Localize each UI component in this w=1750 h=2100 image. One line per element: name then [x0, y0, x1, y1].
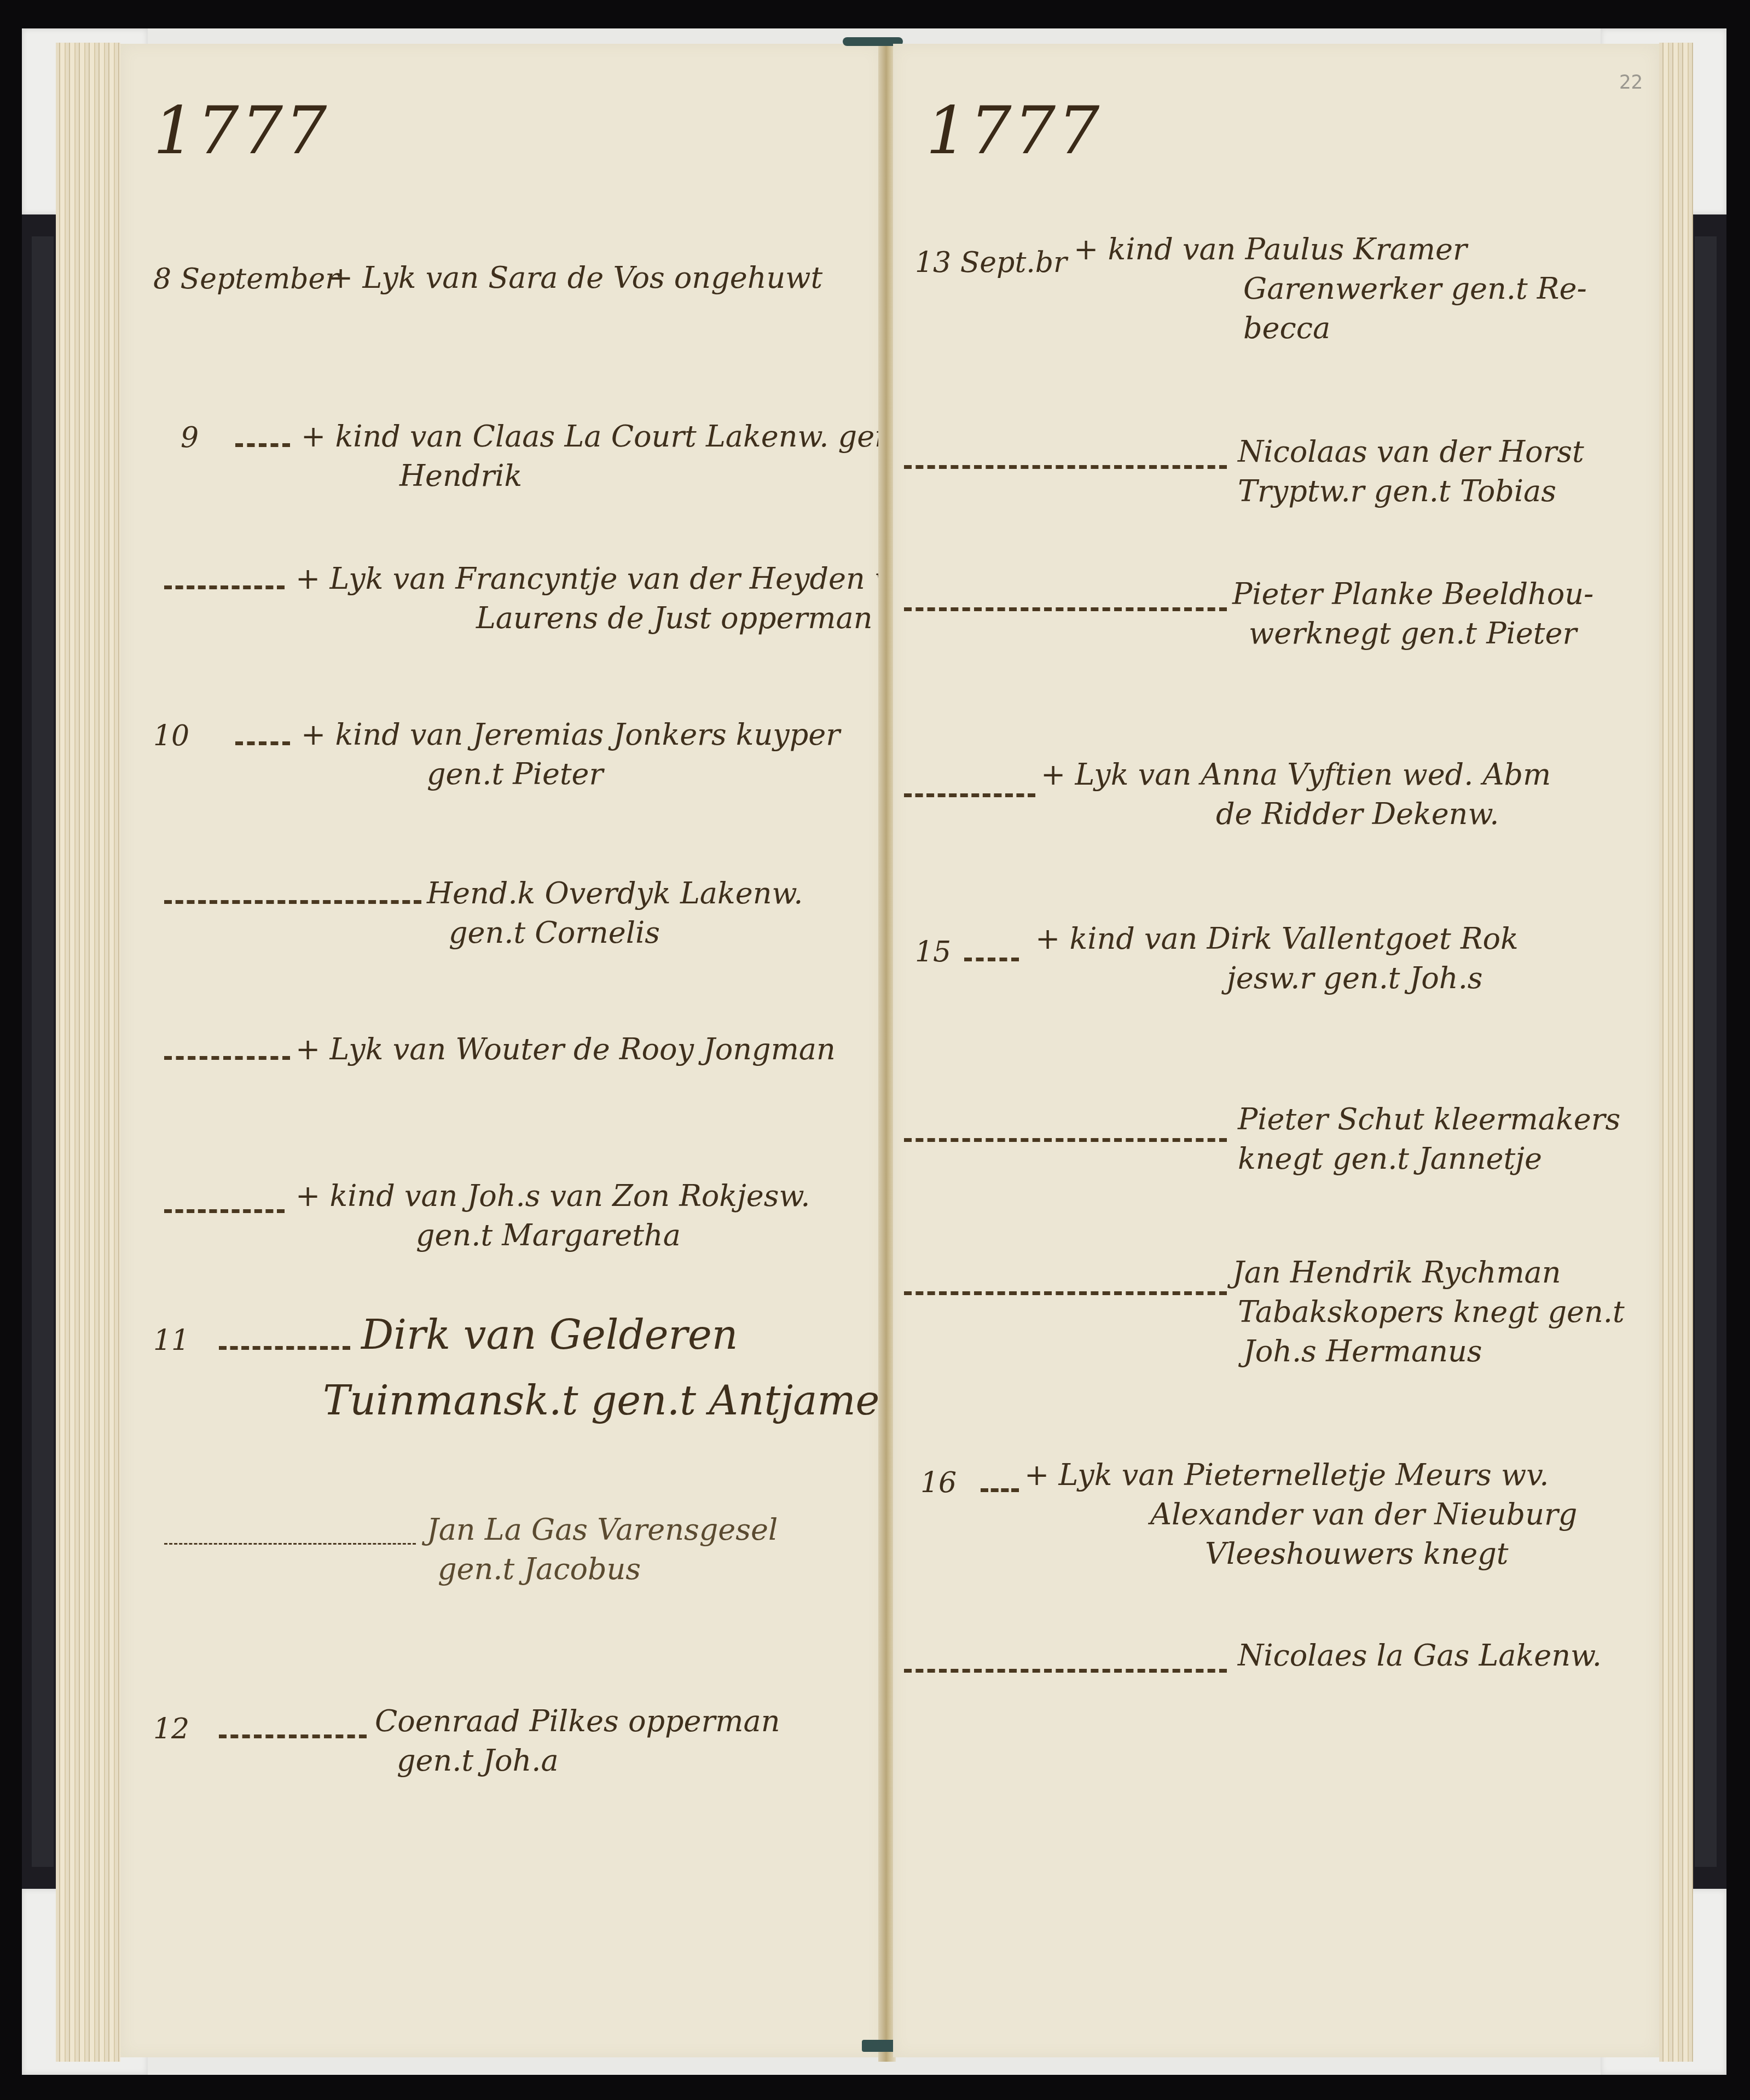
- entry-text: + kind van Dirk Vallentgoet Rok jesw.r g…: [1035, 919, 1519, 998]
- entry-date: 9: [181, 421, 199, 454]
- entry-text: + Lyk van Francyntje van der Heyden wed.…: [295, 559, 946, 638]
- cover-board-bottom: [22, 2055, 1726, 2075]
- entry-leader: [904, 1138, 1227, 1142]
- entry-leader: [904, 465, 1227, 469]
- entry-text: + Lyk van Pieternelletje Meurs wv. Alexa…: [1024, 1455, 1577, 1574]
- cover-cloth-left: [32, 236, 54, 1867]
- entry-leader: [164, 1209, 285, 1213]
- entry-text: Dirk van Gelderen Tuinmansk.t gen.t Antj…: [361, 1302, 932, 1434]
- entry-text: + kind van Paulus Kramer Garenwerker gen…: [1074, 230, 1587, 348]
- page-edges-left: [56, 43, 120, 2062]
- entry-text: + Lyk van Sara de Vos ongehuwt: [328, 258, 822, 298]
- entry-leader: [164, 1543, 416, 1545]
- page-edges-right: [1659, 43, 1693, 2062]
- entry-leader: [981, 1488, 1019, 1492]
- entry-text: + Lyk van Anna Vyftien wed. Abm de Ridde…: [1041, 755, 1551, 834]
- entry-date: 8 September: [153, 263, 339, 295]
- folio-number: 22: [1619, 71, 1643, 94]
- entry-text: Nicolaes la Gas Lakenw.: [1238, 1636, 1602, 1675]
- entry-date: 13 Sept.br: [915, 246, 1067, 279]
- entry-leader: [219, 1346, 350, 1350]
- entry-text: Jan La Gas Varensgesel gen.t Jacobus: [427, 1510, 778, 1589]
- entry-date: 16: [920, 1466, 957, 1499]
- entry-leader: [964, 958, 1019, 961]
- right-page: 22 1777 13 Sept.br + kind van Paulus Kra…: [893, 44, 1659, 2057]
- entry-leader: [904, 793, 1035, 797]
- year-heading-left: 1777: [153, 93, 329, 169]
- entry-text: + kind van Jeremias Jonkers kuyper gen.t…: [301, 715, 840, 794]
- cover-cloth-right: [1695, 236, 1717, 1867]
- entry-text: Hend.k Overdyk Lakenw. gen.t Cornelis: [427, 874, 803, 953]
- entry-text: Pieter Planke Beeldhou- werknegt gen.t P…: [1232, 575, 1593, 653]
- entry-text: Coenraad Pilkes opperman gen.t Joh.a: [375, 1702, 780, 1780]
- entry-leader: [904, 1669, 1227, 1673]
- entry-leader: [904, 1291, 1227, 1295]
- entry-text: Nicolaas van der Horst Tryptw.r gen.t To…: [1238, 432, 1584, 511]
- entry-text: + kind van Joh.s van Zon Rokjesw. gen.t …: [295, 1176, 810, 1255]
- entry-text: Pieter Schut kleermakers knegt gen.t Jan…: [1238, 1100, 1620, 1179]
- year-heading-right: 1777: [926, 93, 1102, 169]
- entry-leader: [235, 741, 290, 745]
- entry-text: + Lyk van Wouter de Rooy Jongman: [295, 1030, 836, 1069]
- entry-leader: [164, 900, 421, 904]
- entry-leader: [235, 443, 290, 447]
- entry-date: 12: [153, 1713, 189, 1745]
- entry-leader: [904, 607, 1227, 611]
- entry-date: 10: [153, 720, 189, 752]
- entry-leader: [164, 585, 285, 589]
- entry-date: 15: [915, 936, 951, 968]
- left-page: 1777 8 September + Lyk van Sara de Vos o…: [120, 44, 882, 2057]
- entry-leader: [164, 1056, 290, 1060]
- entry-text: Jan Hendrik Rychman Tabakskopers knegt g…: [1232, 1253, 1625, 1371]
- entry-date: 11: [153, 1324, 189, 1357]
- entry-leader: [219, 1734, 367, 1738]
- entry-text: + kind van Claas La Court Lakenw. gen.t …: [301, 417, 915, 496]
